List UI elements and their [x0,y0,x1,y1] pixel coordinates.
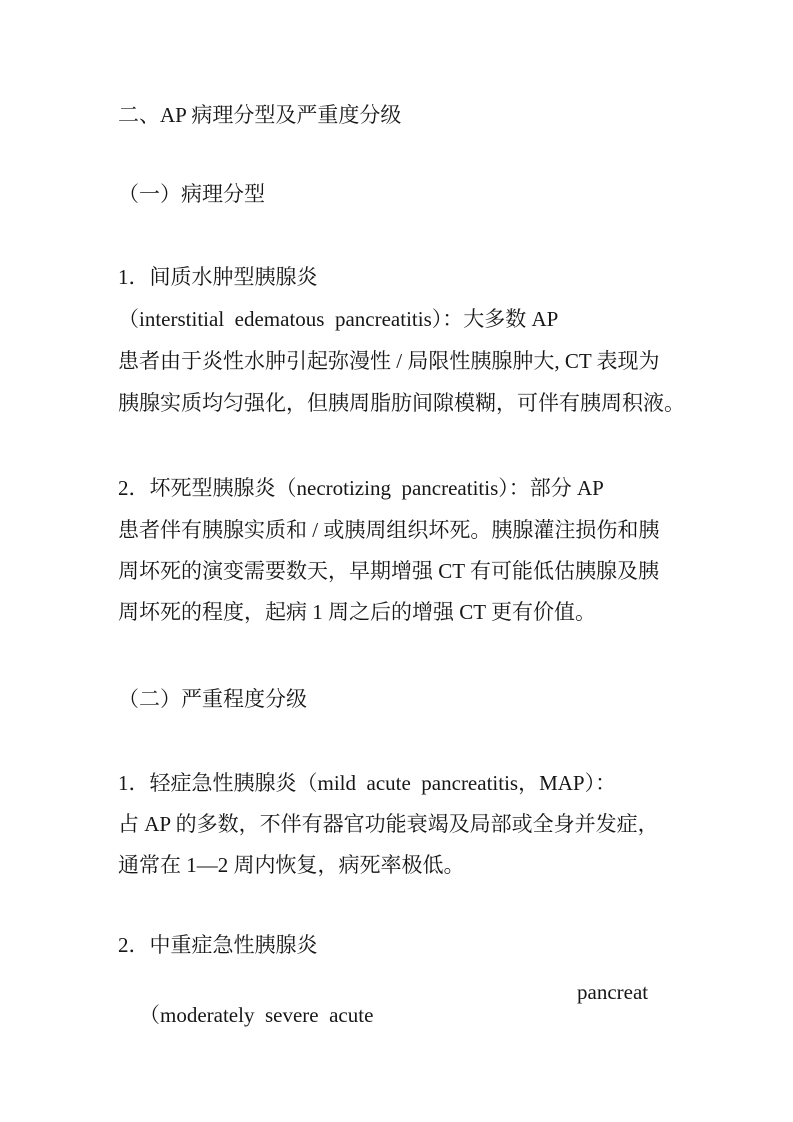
paragraph2-line1: 2．坏死型胰腺炎（necrotizing pancreatitis）：部分 AP [118,477,604,500]
paragraph2-line3: 周坏死的演变需要数天，早期增强 CT 有可能低估胰腺及胰 [118,560,659,583]
section-heading: 二、AP 病理分型及严重度分级 [118,104,401,127]
paragraph1-line4: 胰腺实质均匀强化，但胰周脂肪间隙模糊，可伴有胰周积液。 [118,392,685,415]
paragraph3-line1: 1．轻症急性胰腺炎（mild acute pancreatitis，MAP）： [118,772,616,795]
paragraph3-line3: 通常在 1—2 周内恢复，病死率极低。 [118,854,465,877]
paragraph3-line2: 占 AP 的多数，不伴有器官功能衰竭及局部或全身并发症， [118,813,659,836]
paragraph4-line2-right: pancreat [577,981,648,1004]
document-page: 二、AP 病理分型及严重度分级 （一）病理分型 1．间质水肿型胰腺炎 （inte… [0,0,793,1122]
paragraph4-line2: （moderately severe acute pancreat [118,981,373,1073]
paragraph4-line1: 2．中重症急性胰腺炎 [118,934,318,957]
paragraph1-line1: 1．间质水肿型胰腺炎 [118,266,318,289]
subsection-heading-1: （一）病理分型 [118,183,265,206]
paragraph4-line2-left: （moderately severe acute [139,1003,373,1027]
paragraph1-line3: 患者由于炎性水肿引起弥漫性 / 局限性胰腺肿大, CT 表现为 [118,350,660,373]
subsection-heading-2: （二）严重程度分级 [118,688,307,711]
paragraph2-line4: 周坏死的程度，起病 1 周之后的增强 CT 更有价值。 [118,601,596,624]
paragraph2-line2: 患者伴有胰腺实质和 / 或胰周组织坏死。胰腺灌注损伤和胰 [118,519,659,542]
paragraph1-line2: （interstitial edematous pancreatitis）：大多… [118,308,558,331]
